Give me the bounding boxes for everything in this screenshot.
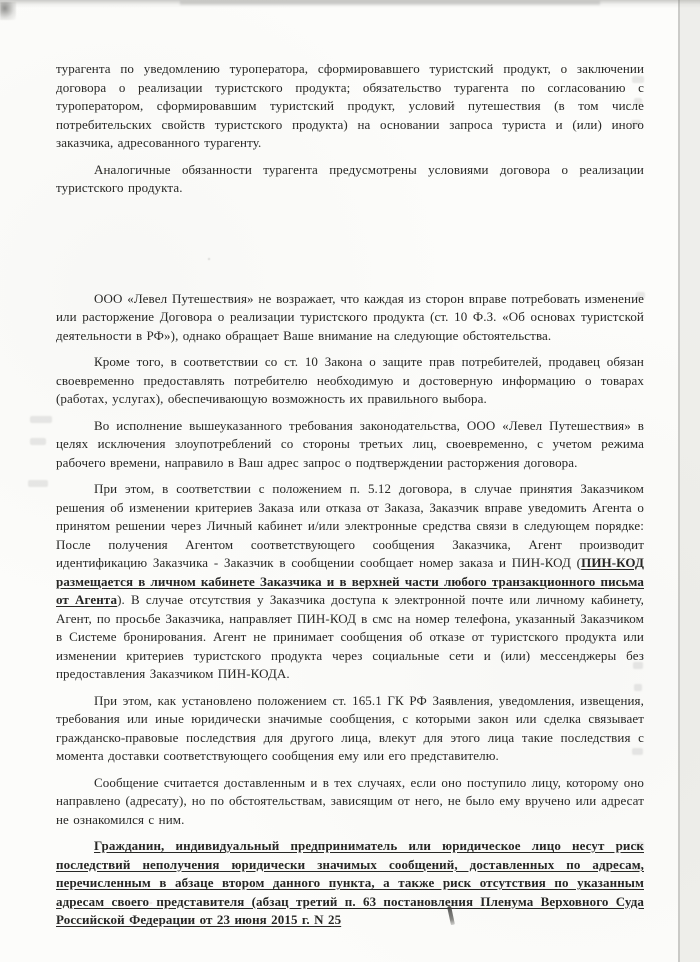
scan-corner-smudge [0,2,16,20]
body-text: При этом, как установлено положением ст.… [56,693,644,764]
scan-streak-artifact [180,1,600,5]
paragraph-civil-code-165-1: При этом, как установлено положением ст.… [56,692,644,766]
body-text: Сообщение считается доставленным и в тех… [56,775,644,827]
paragraph-confirmation-request-sent: Во исполнение вышеуказанного требования … [56,417,644,473]
bleed-through-mark [28,480,48,487]
paragraph-pin-code-procedure: При этом, в соответствии с положением п.… [56,480,644,684]
scanned-page: турагента по уведомлению туроператора, с… [0,0,700,962]
paragraph-consumer-rights-law: Кроме того, в соответствии со ст. 10 Зак… [56,353,644,409]
paragraph-analogous-duties: Аналогичные обязанности турагента предус… [56,161,644,198]
body-text: Кроме того, в соответствии со ст. 10 Зак… [56,354,644,406]
bleed-through-mark [30,438,46,445]
body-text: ООО «Левел Путешествия» не возражает, чт… [56,291,644,343]
paragraph-message-deemed-delivered: Сообщение считается доставленным и в тех… [56,774,644,830]
body-text: Аналогичные обязанности турагента предус… [56,162,644,196]
emphasized-text: Гражданин, индивидуальный предпринимател… [56,838,644,927]
body-text: При этом, в соответствии с положением п.… [56,481,644,570]
bleed-through-mark [30,416,52,423]
body-text: ). В случае отсутствия у Заказчика досту… [56,592,644,681]
body-text: Во исполнение вышеуказанного требования … [56,418,644,470]
paragraph-no-objection-to-termination: ООО «Левел Путешествия» не возражает, чт… [56,290,644,346]
paragraph-continuation-tour-agent-duties: турагента по уведомлению туроператора, с… [56,60,644,153]
paragraph-risk-of-non-receipt: Гражданин, индивидуальный предпринимател… [56,837,644,930]
scan-edge-band [680,0,700,962]
document-text: турагента по уведомлению туроператора, с… [56,60,644,938]
body-text: турагента по уведомлению туроператора, с… [56,61,644,150]
